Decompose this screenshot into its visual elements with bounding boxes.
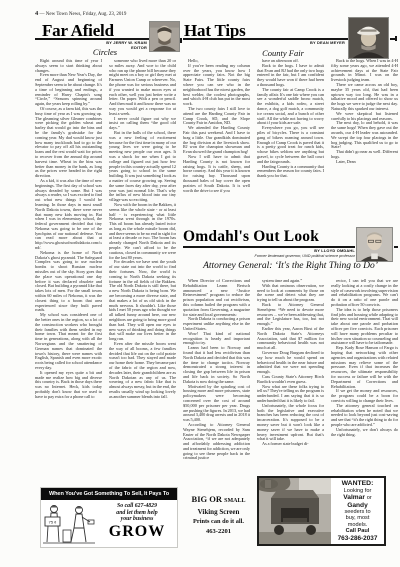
construction-workers-cartoon: 75 ¢	[41, 500, 97, 546]
hat-tips-title: Hat Tips	[184, 22, 246, 39]
newspaper-page: 4 — New Town News, Friday, Aug. 23, 2019…	[0, 0, 400, 567]
viking-screen-prints-advertisement: BIG OR SMALL Viking Screen Prints can do…	[184, 494, 253, 546]
viking-ad-phone: 463-2201	[184, 526, 253, 537]
cartoon-sign-text: 75 ¢	[49, 520, 57, 525]
wanted-ad-phone: 763-286-2037	[331, 535, 384, 542]
viking-ad-big: BIG OR	[192, 494, 222, 504]
viking-ad-line3: Prints can do it all.	[184, 517, 253, 526]
omdahl-subhead: Attorney General: ‘It's the Right Thing …	[183, 261, 398, 271]
omdahl-column-1: When Director of Corrections and Rehabil…	[183, 279, 250, 478]
grow-ad-text: So call 627-4829 and let them help your …	[97, 500, 177, 540]
far-afield-column-2: someone who lived more than 20 or so mil…	[109, 59, 176, 486]
viking-ad-line2: Viking Screen	[184, 507, 253, 517]
wanted-ad-heading: WANTED:	[331, 480, 384, 488]
far-afield-subhead: Circles	[35, 47, 175, 57]
viking-ad-small: SMALL	[224, 498, 245, 504]
hat-tips-column-3: Back to the hogs. When I was in 4-H fift…	[331, 59, 398, 221]
hat-tips-column-1: Hello,If you've been reading my column o…	[183, 59, 250, 227]
far-afield-column-1: Right around this time of year I always …	[35, 59, 102, 486]
wanted-seeders-advertisement: WANTED: Looking for Valmar or Gandy seed…	[257, 476, 386, 546]
omdahl-column-2: system time and again.”With that ominous…	[257, 279, 324, 478]
hat-tips-column-2: have an afternoon off.Back to the hogs. …	[257, 59, 324, 221]
omdahl-column-3: rector, I can tell you that we are reall…	[331, 279, 398, 478]
masthead: 4 — New Town News, Friday, Aug. 23, 2019	[35, 10, 126, 17]
wanted-ad-text: WANTED: Looking for Valmar or Gandy seed…	[331, 478, 384, 544]
seeder-equipment-photo	[259, 478, 331, 544]
hat-tips-subhead: County Fair	[183, 48, 383, 58]
grow-ad-line3: your business	[97, 516, 177, 523]
omdahl-credential: Former lieutenant governor, UND politica…	[183, 254, 355, 258]
grow-ad-line2: and let them help	[97, 510, 177, 517]
hat-tips-byline: BY DEAN MEYER	[183, 41, 345, 46]
grow-ad-big-word: GROW	[97, 524, 177, 540]
grow-advertisement: When You've Got Something To Sell, It Pa…	[40, 487, 178, 548]
page-number: 4	[35, 10, 38, 17]
wanted-ad-brand2: Gandy	[331, 502, 384, 509]
grow-ad-body: 75 ¢ So call 627-4829 and let them help …	[41, 500, 177, 546]
hat-tips-rule-tick	[395, 36, 397, 41]
wanted-ad-or: or	[367, 495, 372, 501]
lloyd-omdahl-headshot	[356, 227, 393, 262]
omdahl-title: Omdahl's Out Look	[183, 229, 319, 245]
masthead-text: — New Town News, Friday, Aug. 23, 2019	[40, 12, 127, 17]
far-afield-title: Far Afield	[42, 22, 114, 39]
grow-ad-line1: So call 627-4829	[97, 503, 177, 510]
hat-tips-byline-name: BY DEAN MEYER	[310, 40, 345, 45]
viking-ad-line1: BIG OR SMALL	[184, 494, 253, 507]
wanted-ad-brand1: Valmar or	[331, 494, 384, 502]
omdahl-byline: BY LLOYD OMDAHL	[183, 249, 355, 254]
far-afield-rule-tick	[180, 38, 182, 43]
omdahl-rule-end	[394, 246, 398, 248]
grow-ad-banner: When You've Got Something To Sell, It Pa…	[41, 488, 177, 500]
